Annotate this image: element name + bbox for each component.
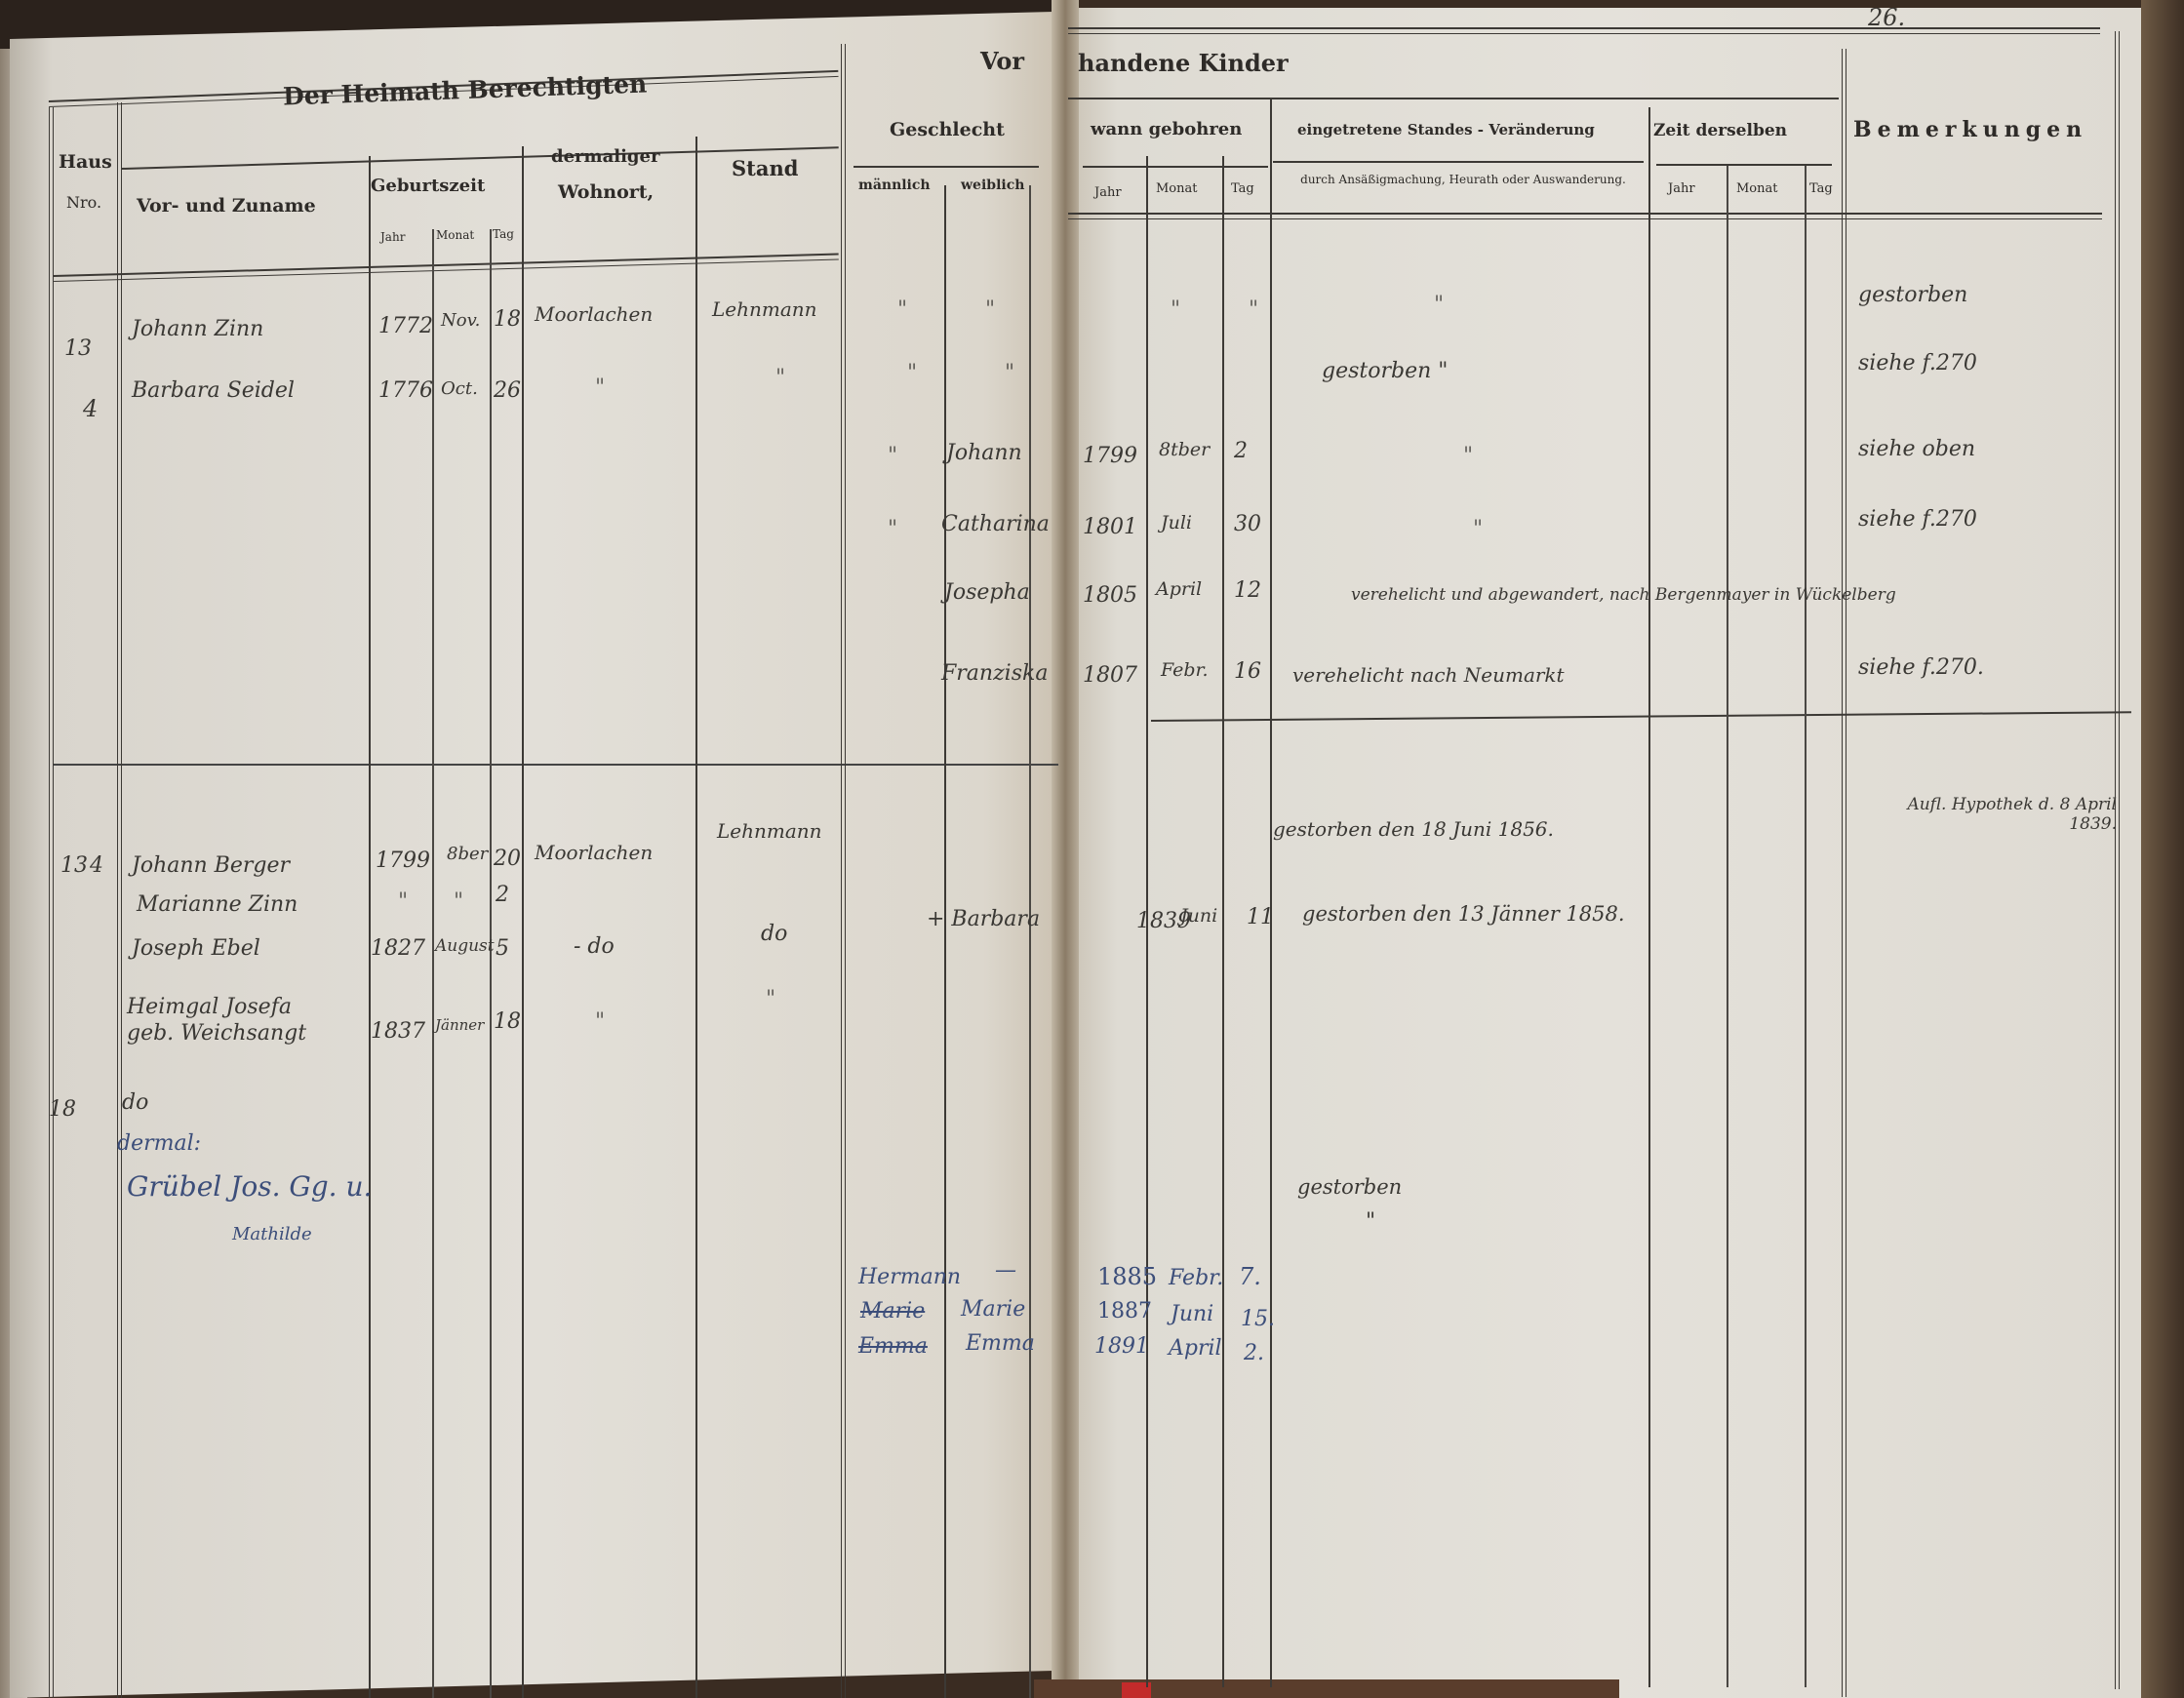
header-remarks: Bemerkungen — [1853, 117, 2087, 142]
entry-2-row-5-name: geb. Weichsangt — [127, 1021, 306, 1046]
entry-3-row-4-c-monat: Febr. — [1169, 1266, 1223, 1290]
entry-1-row-1-name: Johann Zinn — [132, 317, 263, 341]
col-line-weiblich — [1029, 185, 1031, 1698]
entry-2-row-4-stand: " — [766, 987, 775, 1011]
entry-1-row-1-monat: Nov. — [441, 310, 480, 331]
header-time-monat: Monat — [1736, 181, 1778, 196]
entry-1-haus: 13 — [64, 336, 92, 361]
entry-3-row-5-c-jahr: 1887 — [1097, 1299, 1152, 1323]
entry-1-row-2-w: " — [1005, 361, 1014, 385]
entry-2-row-2-jahr: " — [398, 889, 408, 914]
entry-2-row-2-c-monat: Juni — [1180, 905, 1217, 927]
entry-2-row-3-name: Joseph Ebel — [132, 936, 260, 961]
col-line-jahr — [432, 229, 434, 1698]
col-line-maennlich — [944, 185, 946, 1698]
entry-1-row-1-change: " — [1434, 293, 1444, 317]
entry-3-row-5-m-struck: Marie — [860, 1299, 925, 1323]
rule-entry-divider-left — [54, 764, 1058, 766]
header-birth-jahr: Jahr — [380, 230, 405, 244]
entry-3-row-1-name: do — [122, 1090, 148, 1115]
header-born-monat: Monat — [1156, 181, 1198, 196]
entry-2-row-5-monat: Jänner — [435, 1016, 484, 1034]
header-birth: Geburtszeit — [371, 176, 485, 196]
col-line-c-tag — [1270, 98, 1272, 1687]
header-geschlecht: Geschlecht — [890, 119, 1005, 140]
entry-1-row-2-change: gestorben " — [1322, 359, 1448, 383]
col-line-birth — [522, 146, 524, 1698]
entry-1-row-3-c-jahr: 1799 — [1083, 444, 1137, 468]
entry-1-row-4-m: " — [888, 517, 897, 541]
entry-2-row-3-jahr: 1827 — [371, 936, 425, 961]
header-group-children-a: Vor — [980, 47, 1024, 75]
entry-1-row-1-w: " — [985, 297, 995, 322]
entry-1-row-5-change: verehelicht und abgewandert, nach Bergen… — [1351, 585, 1896, 605]
entry-2-row-2-w: + Barbara — [927, 907, 1040, 931]
entry-1-row-3-c-monat: 8tber — [1159, 439, 1210, 460]
entry-2-row-5-tag: 18 — [494, 1009, 521, 1034]
entry-1-row-5-w: Josepha — [944, 580, 1030, 605]
entry-2-row-2-change: gestorben den 13 Jänner 1858. — [1302, 902, 1625, 926]
entry-2-row-3-tag: 5 — [496, 936, 509, 961]
entry-1-row-1-c-jahr: " — [1171, 297, 1180, 322]
header-residence-2: Wohnort, — [558, 181, 654, 203]
entry-3-haus: 18 — [49, 1097, 76, 1122]
entry-1-haus-suffix: 4 — [83, 395, 98, 422]
entry-1-row-1-m: " — [897, 297, 907, 322]
header-group-children-b: handene Kinder — [1078, 49, 1289, 77]
entry-2-row-3-stand: do — [761, 922, 787, 946]
entry-3-row-2-change: " — [1366, 1209, 1375, 1234]
entry-2-haus: 13 — [60, 853, 88, 878]
col-line-wohnort — [695, 137, 697, 1698]
entry-2-row-2-name: Marianne Zinn — [137, 892, 298, 917]
entry-2-row-1-change: gestorben den 18 Juni 1856. — [1273, 817, 1554, 841]
col-line-stand — [841, 44, 846, 1698]
entry-3-row-6-c-monat: April — [1169, 1336, 1222, 1361]
entry-1-row-4-c-tag: 30 — [1234, 512, 1261, 536]
entry-1-row-1-wohnort: Moorlachen — [535, 302, 653, 326]
rule-group-right — [1068, 98, 1839, 99]
header-residence-1: dermaliger — [551, 146, 659, 167]
entry-2-row-3-monat: August — [435, 936, 495, 956]
header-name: Vor- und Zuname — [137, 195, 316, 217]
entry-1-row-6-remark: siehe f.270. — [1858, 655, 1984, 680]
entry-1-row-6-c-tag: 16 — [1234, 659, 1261, 684]
entry-1-row-5-c-tag: 12 — [1234, 578, 1261, 603]
header-status-change: eingetretene Standes - Veränderung — [1297, 121, 1595, 138]
entry-1-row-6-w: Franziska — [941, 661, 1048, 686]
col-line-name — [369, 156, 371, 1698]
col-line-left-border — [49, 107, 54, 1698]
book-gutter — [1052, 0, 1079, 1698]
entry-2-row-2-monat: " — [454, 889, 463, 914]
col-line-haus — [117, 102, 122, 1698]
header-time-of: Zeit derselben — [1653, 121, 1787, 140]
entry-1-row-2-name: Barbara Seidel — [132, 378, 295, 403]
entry-1-row-4-c-monat: Juli — [1161, 512, 1192, 533]
entry-3-row-1-note: dermal: — [117, 1131, 201, 1156]
right-page — [1063, 8, 2146, 1698]
entry-3-row-6-c-tag: 2. — [1244, 1341, 1264, 1365]
rule-born-sub — [1083, 166, 1268, 168]
col-line-c-monat — [1222, 156, 1224, 1687]
entry-3-row-5-w: Marie — [961, 1297, 1025, 1322]
entry-1-row-2-tag: 26 — [494, 378, 521, 403]
entry-1-row-3-w: Johann — [946, 441, 1022, 465]
entry-2-row-3-wohnort: - do — [574, 934, 615, 959]
entry-3-row-5-c-monat: Juni — [1171, 1302, 1213, 1326]
header-stand: Stand — [732, 156, 798, 180]
col-line-t-monat — [1805, 166, 1807, 1687]
entry-2-row-5-wohnort: " — [595, 1009, 605, 1034]
entry-1-row-1-stand: Lehnmann — [712, 297, 817, 321]
col-line-remarks — [1842, 49, 1846, 1697]
entry-3-row-2-name: Grübel Jos. Gg. u. — [127, 1170, 372, 1203]
entry-1-row-3-remark: siehe oben — [1858, 437, 1975, 461]
entry-1-row-2-m: " — [907, 361, 917, 385]
entry-2-row-1-stand: Lehnmann — [717, 819, 822, 843]
entry-1-row-5-c-monat: April — [1156, 578, 1202, 600]
entry-1-row-6-c-jahr: 1807 — [1083, 663, 1137, 688]
header-birth-tag: Tag — [493, 227, 514, 241]
entry-1-row-1-tag: 18 — [494, 307, 521, 332]
col-line-change — [1648, 107, 1650, 1687]
entry-1-row-2-stand: " — [775, 366, 785, 390]
entry-2-row-1-monat: 8ber — [447, 844, 488, 864]
entry-2-row-4-name: Heimgal Josefa — [127, 995, 292, 1019]
entry-2-row-2-c-tag: 11 — [1247, 905, 1274, 929]
header-weiblich: weiblich — [961, 178, 1024, 193]
rule-top-right — [1068, 27, 2100, 34]
entry-3-row-5-c-tag: 15. — [1241, 1307, 1275, 1331]
entry-1-row-5-c-jahr: 1805 — [1083, 583, 1137, 608]
entry-1-row-4-w: Catharina — [941, 512, 1050, 536]
entry-3-row-4-c-tag: 7. — [1239, 1263, 1261, 1290]
col-line-right-border — [2115, 31, 2120, 1689]
entry-2-row-2-tag: 2 — [496, 883, 509, 907]
entry-2-haus-suffix: 4 — [90, 853, 103, 878]
entry-1-row-4-remark: siehe f.270 — [1858, 507, 1977, 532]
rule-time-sub — [1656, 164, 1832, 166]
rule-change-sub — [1273, 161, 1644, 163]
col-line-monat — [490, 229, 492, 1698]
entry-1-row-1-jahr: 1772 — [378, 314, 433, 338]
entry-3-row-1-change: gestorben — [1297, 1175, 1402, 1199]
header-born-tag: Tag — [1231, 181, 1254, 196]
entry-1-row-2-wohnort: " — [595, 375, 605, 400]
entry-1-row-2-monat: Oct. — [441, 378, 478, 399]
col-line-t-jahr — [1727, 166, 1728, 1687]
entry-1-row-4-c-jahr: 1801 — [1083, 515, 1137, 539]
entry-1-row-2-remark: siehe f.270 — [1858, 351, 1977, 375]
entry-1-row-1-remark: gestorben — [1858, 283, 1967, 307]
entry-1-row-4-change: " — [1473, 517, 1483, 541]
entry-2-row-5-jahr: 1837 — [371, 1019, 425, 1044]
rule-geschlecht — [854, 166, 1039, 168]
header-nro: Nro. — [66, 193, 101, 212]
header-haus: Haus — [59, 151, 112, 173]
entry-1-row-3-c-tag: 2 — [1234, 439, 1248, 463]
header-birth-monat: Monat — [436, 228, 474, 242]
entry-1-row-3-m: " — [888, 444, 897, 468]
entry-3-row-4-c-jahr: 1885 — [1097, 1263, 1157, 1290]
header-status-change-sub: durch Ansäßigmachung, Heurath oder Auswa… — [1292, 172, 1634, 187]
header-time-tag: Tag — [1809, 181, 1833, 196]
entry-3-row-4-w: — — [995, 1258, 1016, 1283]
entry-3-row-6-c-jahr: 1891 — [1094, 1334, 1149, 1359]
header-born-when: wann gebohren — [1091, 119, 1242, 139]
entry-3-row-4-m: Hermann — [858, 1265, 961, 1289]
entry-1-row-6-change: verehelicht nach Neumarkt — [1292, 663, 1565, 687]
header-born-jahr: Jahr — [1094, 185, 1122, 200]
entry-1-row-2-jahr: 1776 — [378, 378, 433, 403]
entry-2-row-1-name: Johann Berger — [132, 853, 290, 878]
header-time-jahr: Jahr — [1668, 181, 1695, 196]
entry-1-row-3-change: " — [1463, 444, 1473, 468]
entry-2-row-1-jahr: 1799 — [376, 849, 430, 873]
entry-1-row-6-c-monat: Febr. — [1161, 659, 1209, 681]
entry-1-row-1-c-tag: " — [1249, 297, 1258, 322]
entry-2-row-1-remark: Aufl. Hypothek d. 8 April 1839. — [1873, 795, 2117, 834]
header-maennlich: männlich — [858, 178, 931, 193]
book-cover-edge — [2141, 0, 2184, 1698]
entry-2-row-1-tag: 20 — [494, 847, 521, 871]
entry-3-row-6-m-struck: Emma — [858, 1334, 928, 1359]
entry-2-row-1-wohnort: Moorlachen — [535, 841, 653, 864]
entry-3-row-3-name: Mathilde — [232, 1224, 312, 1244]
entry-3-row-6-w: Emma — [966, 1331, 1035, 1356]
